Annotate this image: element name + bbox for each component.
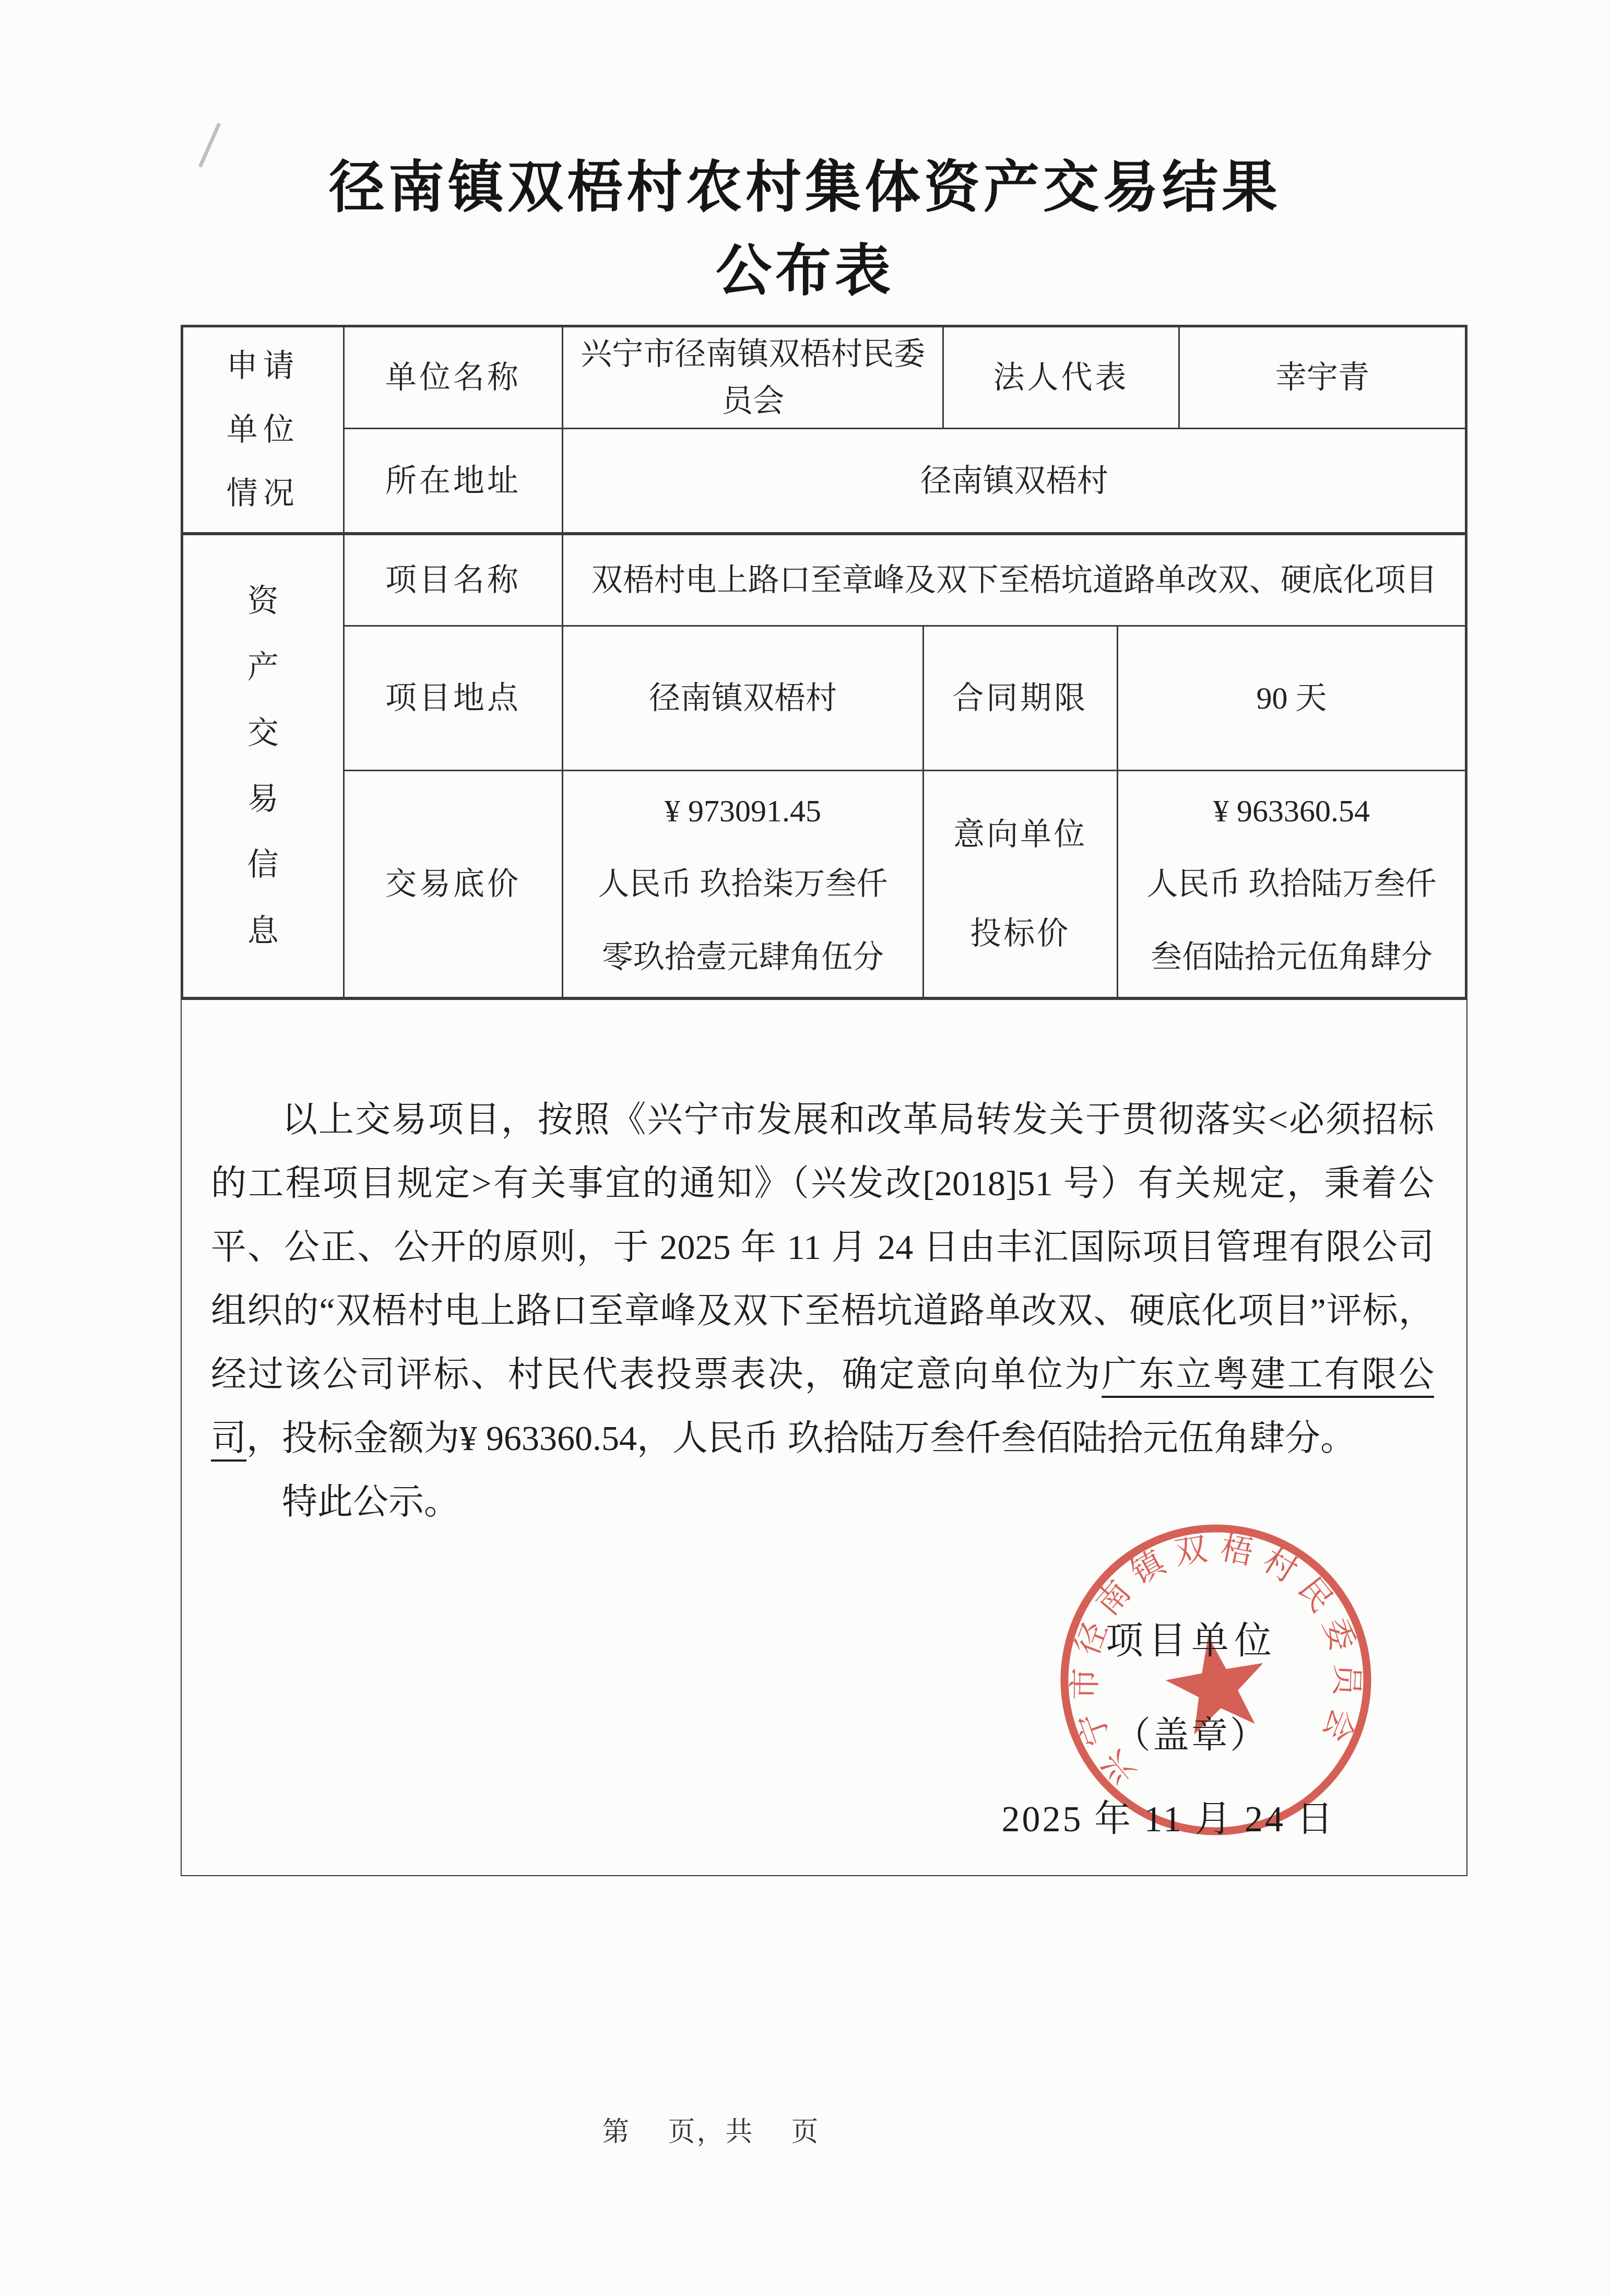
notice-text-part2: ，投标金额为¥ 963360.54，人民币 玖拾陆万叁仟叁佰陆拾元伍角肆分。 <box>246 1418 1356 1458</box>
floor-price-label: 交易底价 <box>344 771 563 998</box>
legal-rep-value: 幸宇青 <box>1179 327 1465 429</box>
address-value: 径南镇双梧村 <box>563 429 1466 533</box>
bid-price-value: ¥ 963360.54 人民币 玖拾陆万叁仟 叁佰陆拾元伍角肆分 <box>1118 771 1466 998</box>
applicant-section: 申请 单位 情况 单位名称 兴宁市径南镇双梧村民委员会 法人代表 幸宇青 所在地… <box>182 326 1466 534</box>
asset-side-header: 资 产 交 易 信 息 <box>183 535 344 998</box>
bid-price-label: 意向单位 投标价 <box>923 771 1118 998</box>
seal-hint: （盖章） <box>1035 1706 1348 1759</box>
contract-term-label: 合同期限 <box>923 626 1118 771</box>
bid-price-line: 人民币 玖拾陆万叁仟 <box>1126 847 1458 921</box>
page-footer: 第 页，共 页 <box>0 2110 1422 2149</box>
notice-paragraph: 以上交易项目，按照《兴宁市发展和改革局转发关于贯彻落实<必须招标的工程项目规定>… <box>182 1000 1466 1470</box>
title-line-1: 径南镇双梧村农村集体资产交易结果 <box>0 145 1610 229</box>
announcement-date: 2025 年 11 月 24 日 <box>928 1789 1408 1842</box>
applicant-side-header: 申请 单位 情况 <box>183 327 344 533</box>
floor-price-line: 人民币 玖拾柒万叁仟 <box>571 847 915 921</box>
side-header-line: 单位 <box>191 398 336 462</box>
result-table: 申请 单位 情况 单位名称 兴宁市径南镇双梧村民委员会 法人代表 幸宇青 所在地… <box>181 325 1467 1876</box>
unit-name-value: 兴宁市径南镇双梧村民委员会 <box>563 327 943 429</box>
notice-text-part1: 以上交易项目，按照《兴宁市发展和改革局转发关于贯彻落实<必须招标的工程项目规定>… <box>211 1100 1434 1394</box>
project-site-label: 项目地点 <box>344 626 563 771</box>
legal-rep-label: 法人代表 <box>943 327 1179 429</box>
project-unit-label: 项目单位 <box>1035 1610 1348 1664</box>
title-line-2: 公布表 <box>0 229 1610 312</box>
side-header-line: 情况 <box>191 462 336 525</box>
bid-label-line: 意向单位 <box>931 785 1110 884</box>
asset-section: 资 产 交 易 信 息 项目名称 双梧村电上路口至章峰及双下至梧坑道路单改双、硬… <box>182 534 1466 998</box>
document-title: 径南镇双梧村农村集体资产交易结果 公布表 <box>0 145 1610 312</box>
project-site-value: 径南镇双梧村 <box>563 626 923 771</box>
document-page: 径南镇双梧村农村集体资产交易结果 公布表 申请 单位 情况 单位名称 兴宁市径南… <box>0 0 1610 2296</box>
project-name-label: 项目名称 <box>344 535 563 626</box>
side-header-char: 交 <box>191 716 336 750</box>
floor-price-value: ¥ 973091.45 人民币 玖拾柒万叁仟 零玖拾壹元肆角伍分 <box>563 771 923 998</box>
unit-name-label: 单位名称 <box>344 327 563 429</box>
address-label: 所在地址 <box>344 429 563 533</box>
floor-price-line: ¥ 973091.45 <box>571 774 915 847</box>
side-header-char: 资 <box>191 584 336 618</box>
side-header-line: 申请 <box>191 334 336 398</box>
bid-label-line: 投标价 <box>931 884 1110 983</box>
floor-price-line: 零玖拾壹元肆角伍分 <box>571 921 915 994</box>
project-name-value: 双梧村电上路口至章峰及双下至梧坑道路单改双、硬底化项目 <box>563 535 1466 626</box>
bid-price-line: ¥ 963360.54 <box>1126 774 1458 847</box>
side-header-char: 信 <box>191 848 336 881</box>
contract-term-value: 90 天 <box>1118 626 1466 771</box>
bid-price-line: 叁佰陆拾元伍角肆分 <box>1126 921 1458 994</box>
side-header-char: 易 <box>191 782 336 816</box>
side-header-char: 息 <box>191 914 336 948</box>
side-header-char: 产 <box>191 651 336 684</box>
notice-cell: 以上交易项目，按照《兴宁市发展和改革局转发关于贯彻落实<必须招标的工程项目规定>… <box>182 998 1466 1875</box>
